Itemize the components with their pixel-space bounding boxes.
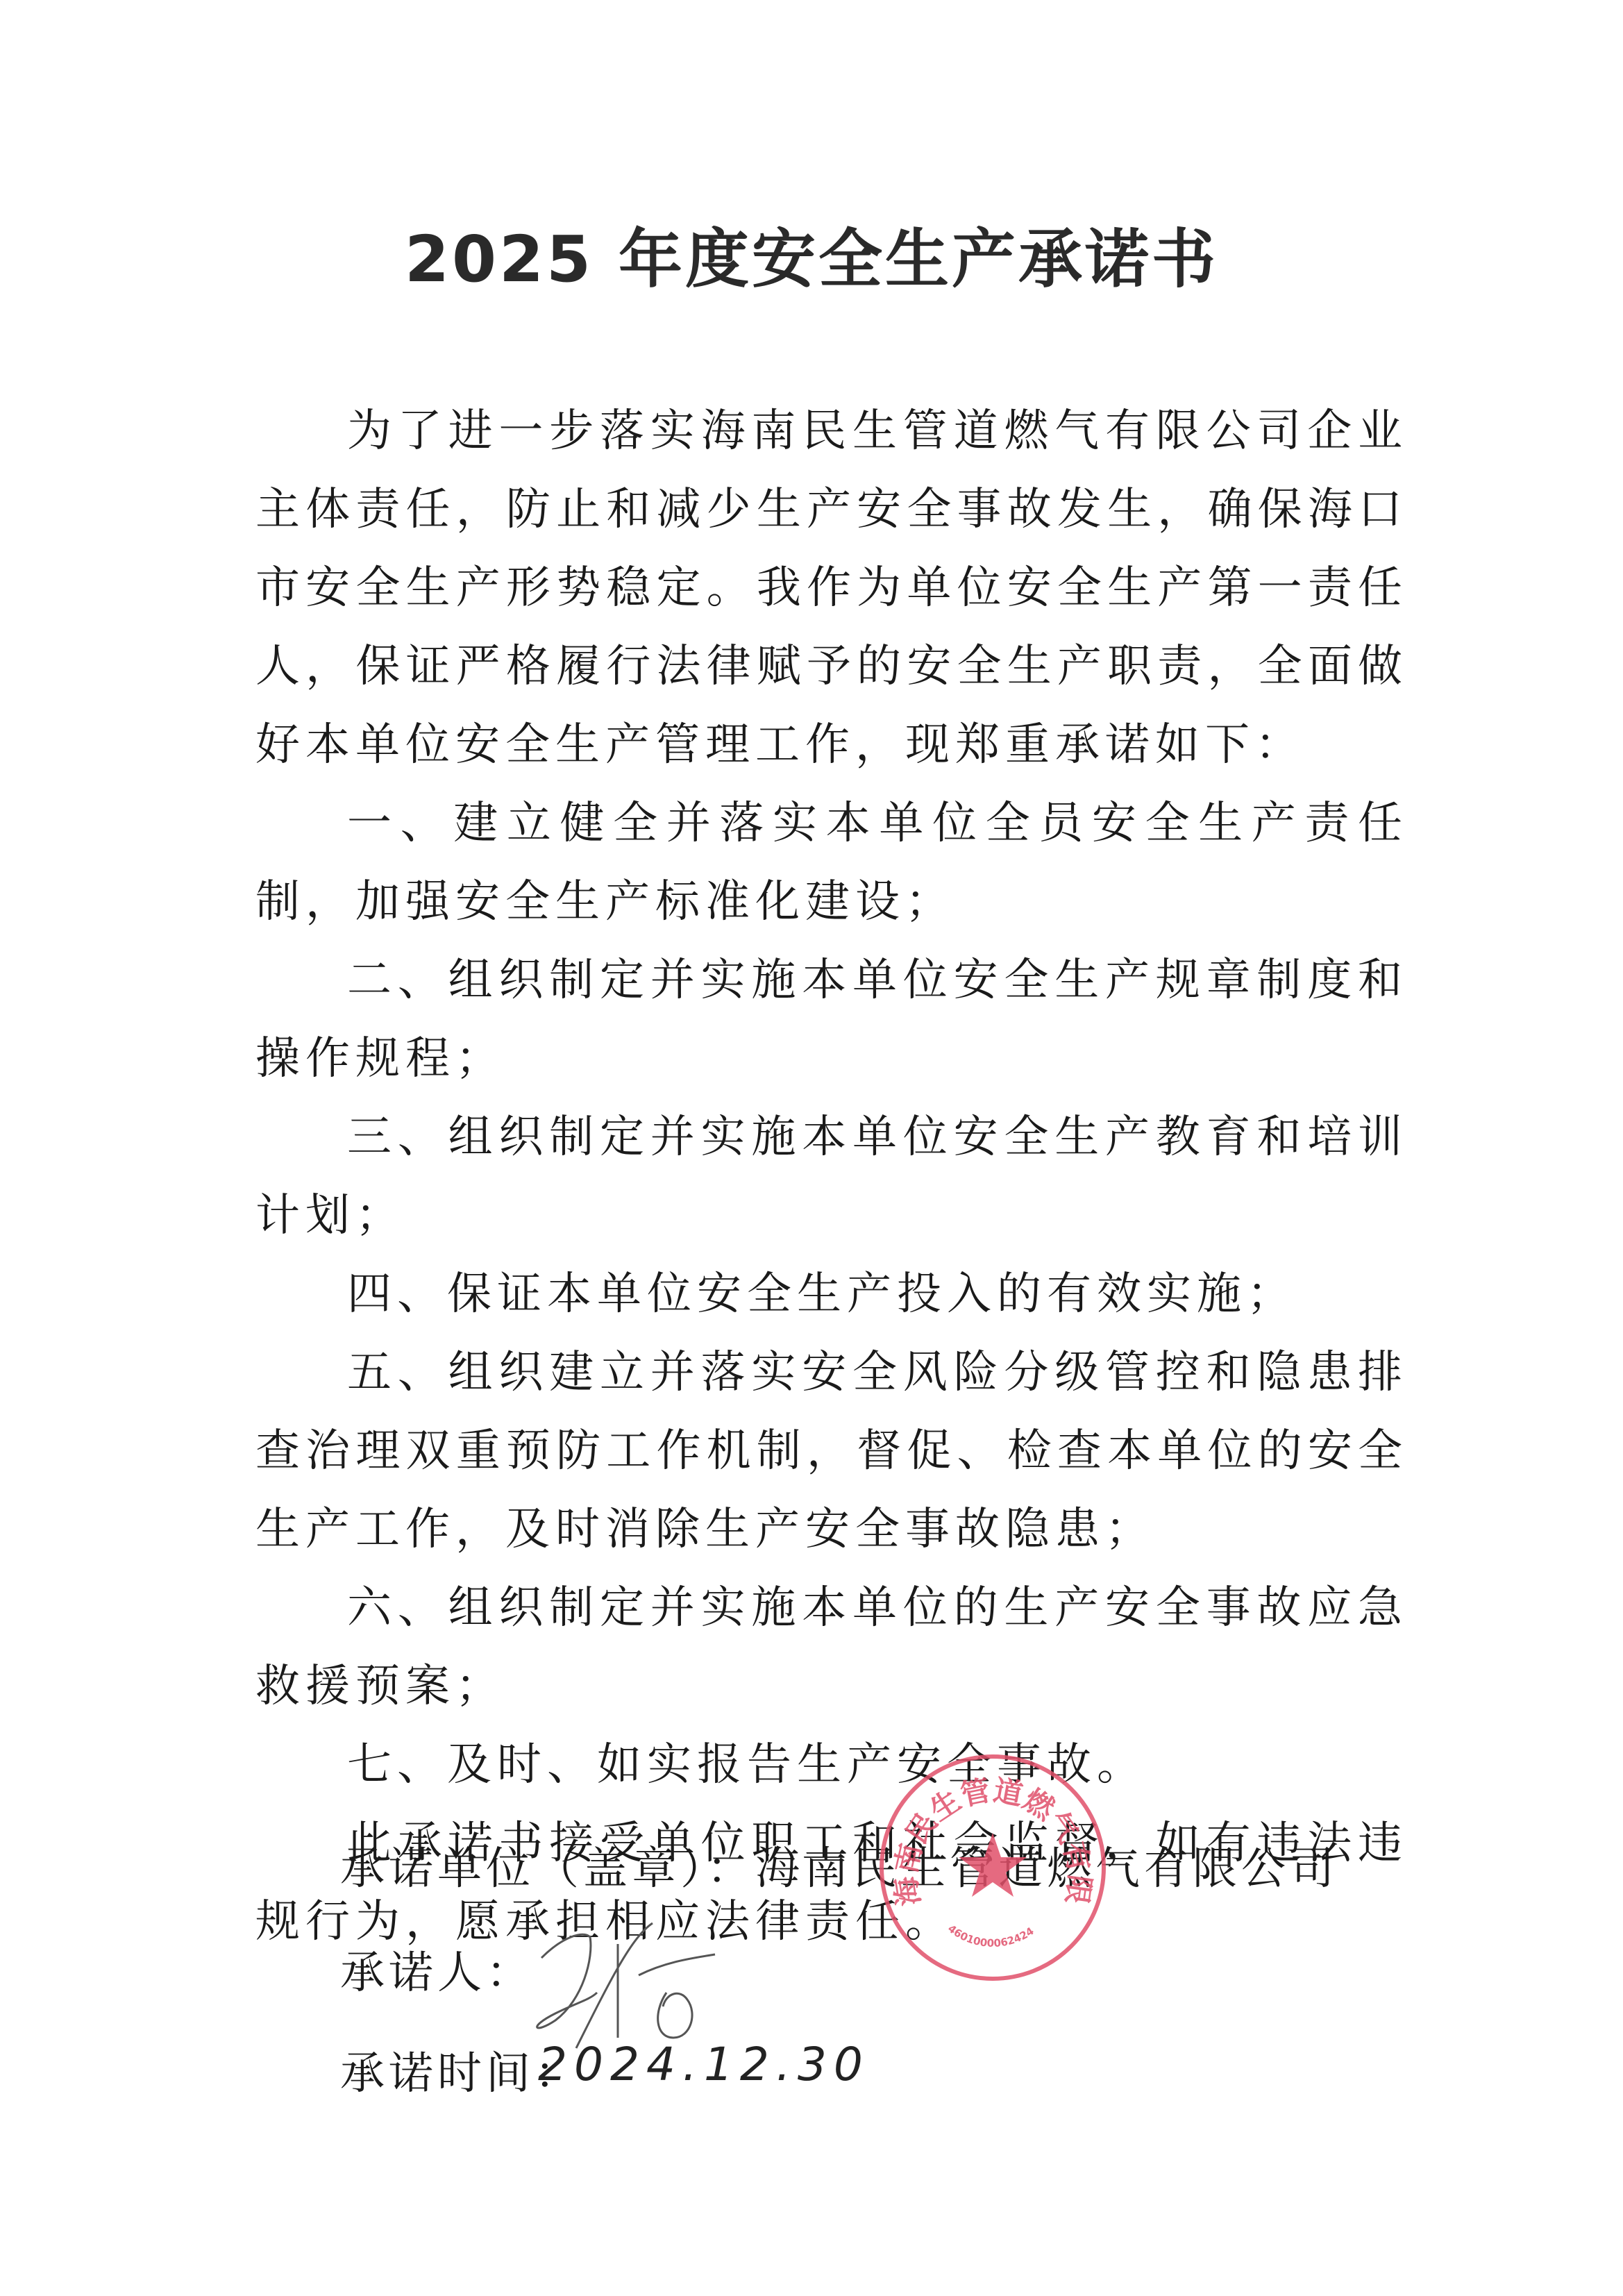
- seal-code: 4601000062424: [945, 1922, 1036, 1950]
- document-title: 2025 年度安全生产承诺书: [0, 208, 1623, 300]
- paragraph-item-4: 四、保证本单位安全生产投入的有效实施；: [255, 1255, 1408, 1334]
- company-seal: 海南民生管道燃气有限公司 4601000062424: [875, 1750, 1111, 1986]
- person-label: 承诺人：: [340, 1947, 535, 1999]
- document-body: 为了进一步落实海南民生管道燃气有限公司企业主体责任，防止和减少生产安全事故发生，…: [255, 392, 1408, 1961]
- paragraph-item-7: 七、及时、如实报告生产安全事故。: [255, 1726, 1408, 1804]
- paragraph-item-2: 二、组织制定并实施本单位安全生产规章制度和操作规程；: [255, 941, 1408, 1098]
- handwritten-signature: [514, 1916, 777, 2055]
- signature-unit-line: 承诺单位（盖章）：海南民生管道燃气有限公司: [340, 1833, 1338, 1897]
- unit-label: 承诺单位（盖章）：: [340, 1843, 755, 1895]
- svg-text:4601000062424: 4601000062424: [945, 1922, 1036, 1950]
- signature-person-line: 承诺人：: [340, 1937, 535, 2001]
- paragraph-item-5: 五、组织建立并落实安全风险分级管控和隐患排查治理双重预防工作机制，督促、检查本单…: [255, 1334, 1408, 1569]
- paragraph-item-1: 一、建立健全并落实本单位全员安全生产责任制，加强安全生产标准化建设；: [255, 785, 1408, 941]
- paragraph-intro: 为了进一步落实海南民生管道燃气有限公司企业主体责任，防止和减少生产安全事故发生，…: [255, 392, 1408, 785]
- paragraph-item-3: 三、组织制定并实施本单位安全生产教育和培训计划；: [255, 1098, 1408, 1255]
- star-icon: [959, 1833, 1027, 1897]
- paragraph-item-6: 六、组织制定并实施本单位的生产安全事故应急救援预案；: [255, 1569, 1408, 1726]
